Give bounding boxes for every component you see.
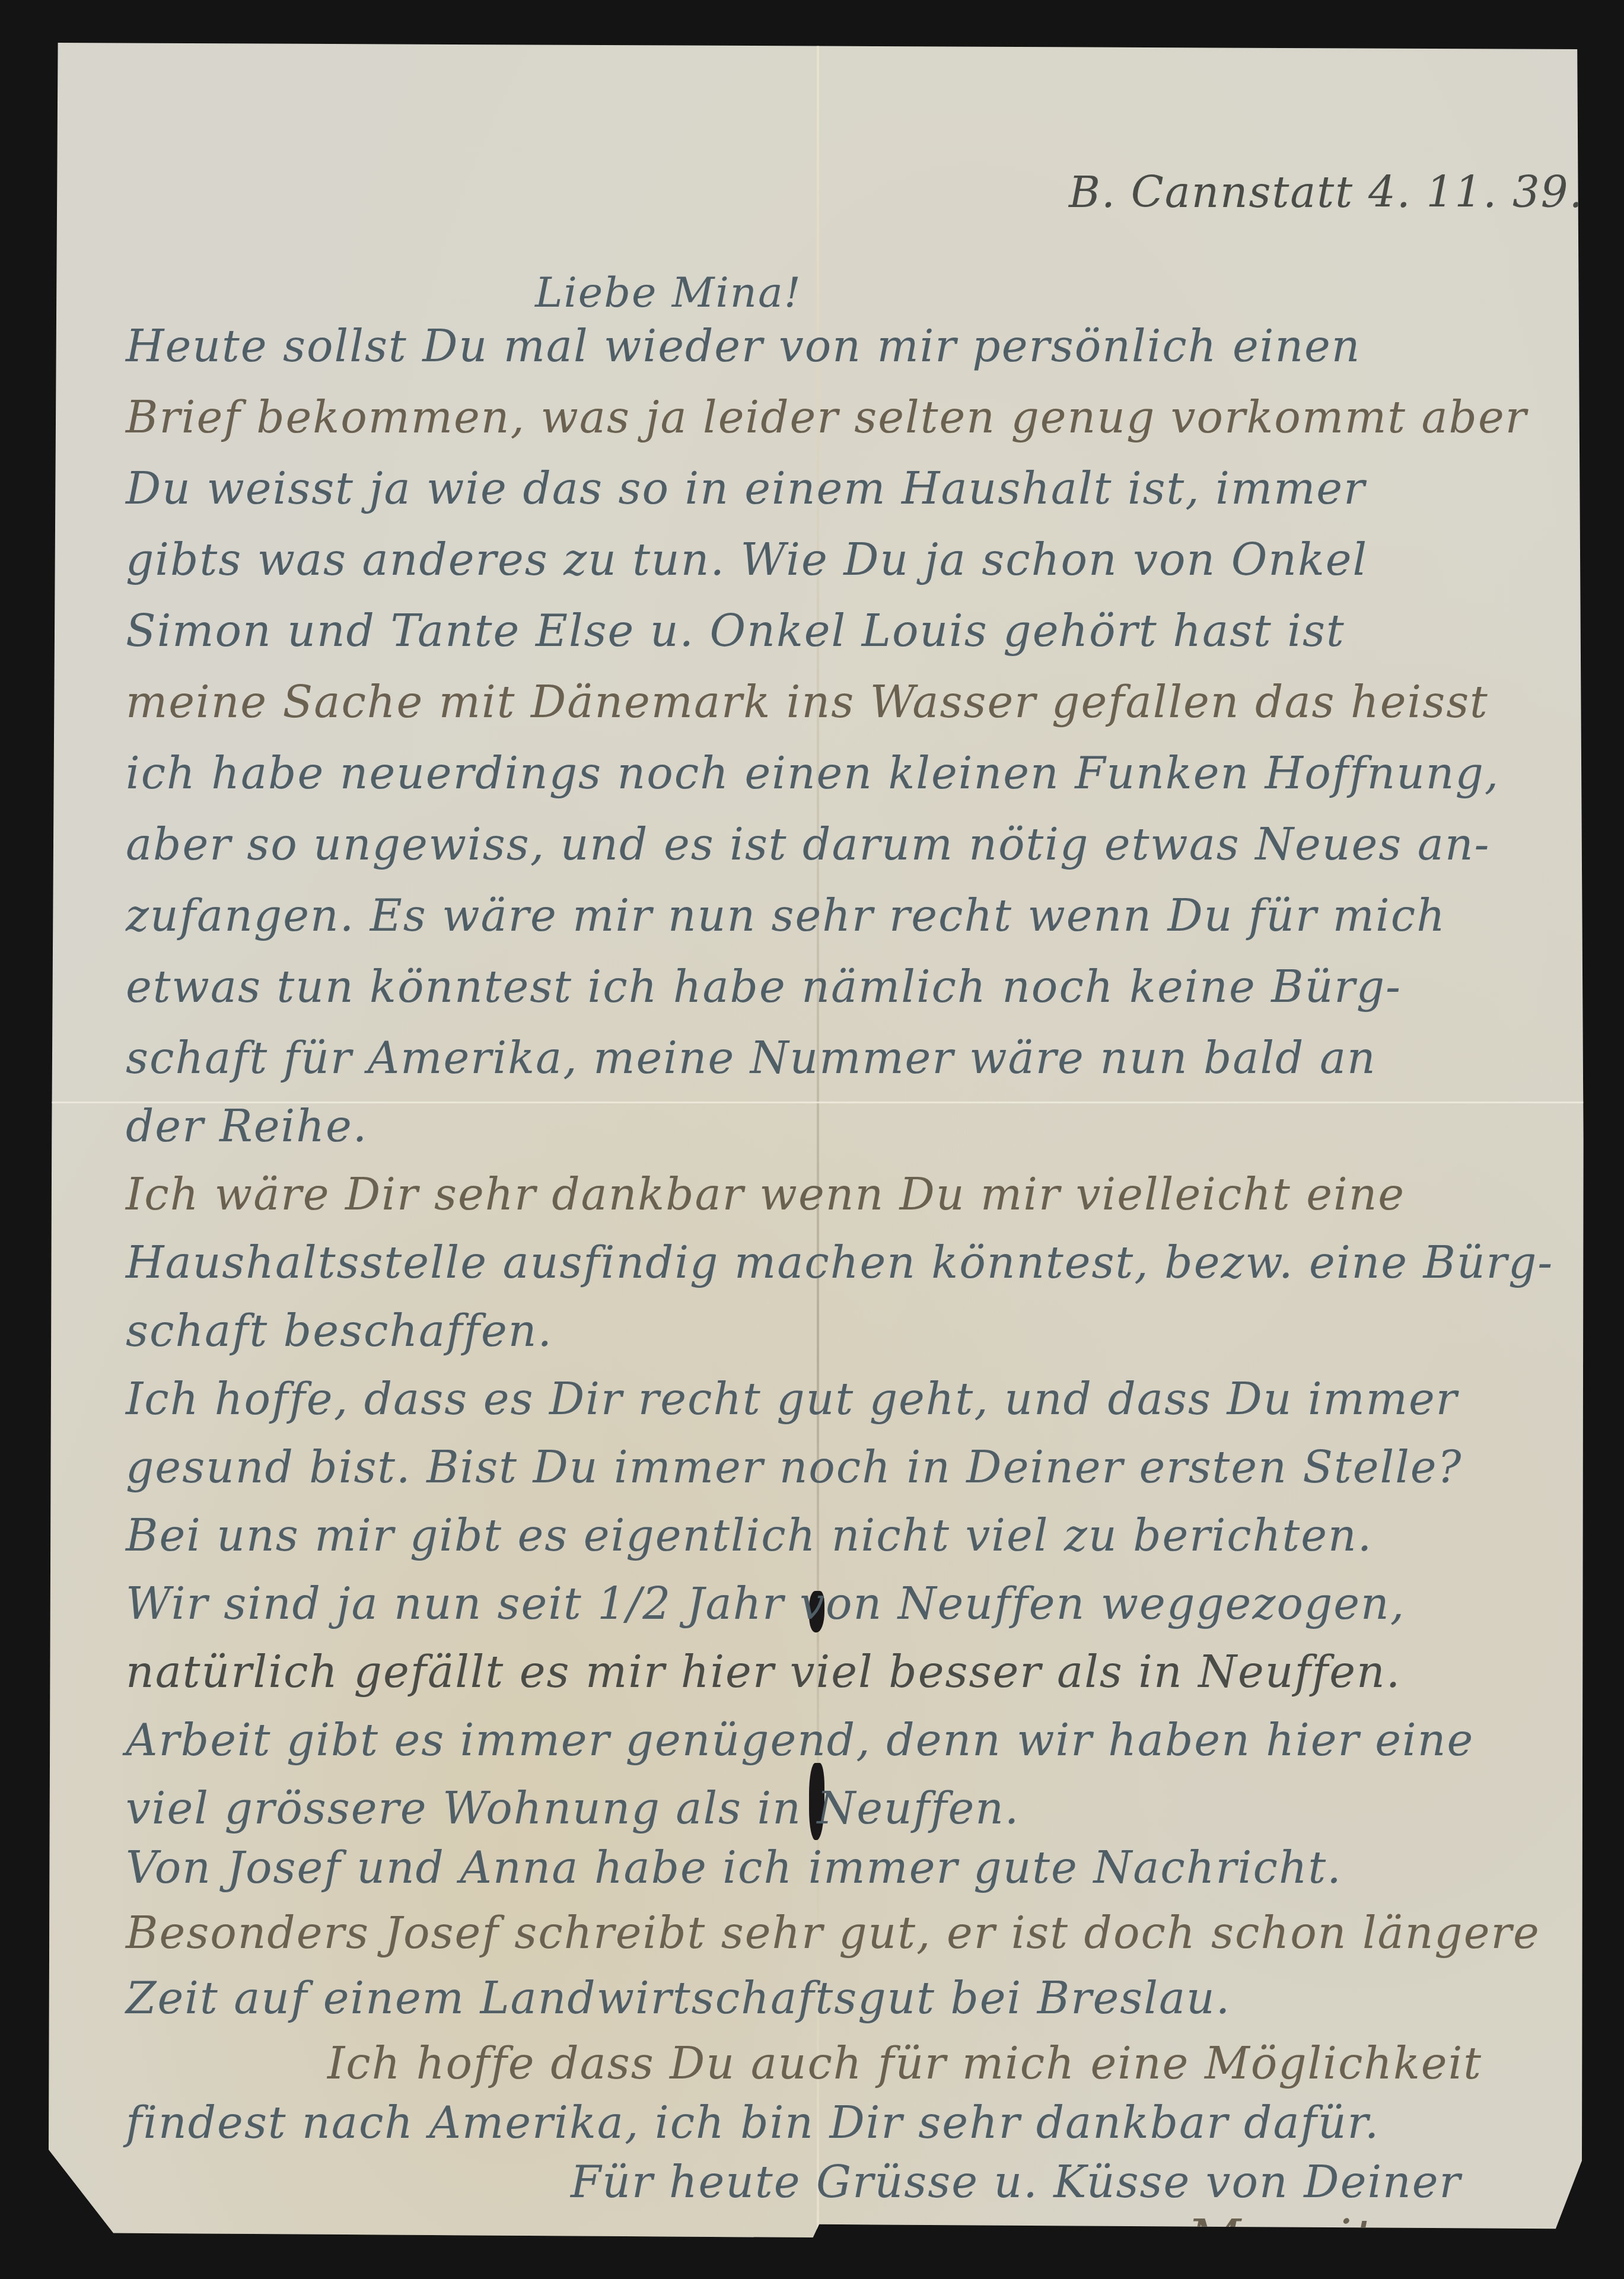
- letter-line: Ich hoffe, dass es Dir recht gut geht, u…: [126, 1377, 1458, 1421]
- letter-line: viel grössere Wohnung als in Neuffen.: [126, 1787, 1020, 1831]
- letter-line: gesund bist. Bist Du immer noch in Deine…: [126, 1446, 1462, 1489]
- letter-line: findest nach Amerika, ich bin Dir sehr d…: [126, 2101, 1380, 2145]
- letter-line: Von Josef und Anna habe ich immer gute N…: [126, 1846, 1342, 1890]
- letter-line: Du weisst ja wie das so in einem Haushal…: [126, 467, 1366, 511]
- letter-line: aber so ungewiss, und es ist darum nötig…: [126, 823, 1491, 867]
- letter-line: meine Sache mit Dänemark ins Wasser gefa…: [126, 680, 1489, 724]
- closing-line: Für heute Grüsse u. Küsse von Deiner: [571, 2160, 1461, 2204]
- letter-line: der Reihe.: [126, 1105, 368, 1148]
- letter-line: schaft für Amerika, meine Nummer wäre nu…: [126, 1036, 1377, 1080]
- letter-line: Ich hoffe dass Du auch für mich eine Mög…: [327, 2042, 1482, 2086]
- letter-line: Haushaltsstelle ausfindig machen könntes…: [126, 1241, 1553, 1285]
- letter-line: ich habe neuerdings noch einen kleinen F…: [126, 752, 1499, 795]
- letter-line: natürlich gefällt es mir hier viel besse…: [126, 1650, 1401, 1694]
- letter-line: Besonders Josef schreibt sehr gut, er is…: [126, 1911, 1540, 1955]
- letter-line: Arbeit gibt es immer genügend, denn wir …: [126, 1718, 1474, 1762]
- place-and-date: B. Cannstatt 4. 11. 39.: [1069, 167, 1584, 217]
- letter-line: Zeit auf einem Landwirtschaftsgut bei Br…: [126, 1976, 1231, 2020]
- letter-line: Brief bekommen, was ja leider selten gen…: [126, 396, 1527, 440]
- letter-line: Simon und Tante Else u. Onkel Louis gehö…: [126, 609, 1345, 653]
- letter-line: etwas tun könntest ich habe nämlich noch…: [126, 965, 1402, 1009]
- letter-paper: B. Cannstatt 4. 11. 39. Liebe Mina! Heut…: [49, 43, 1590, 2237]
- letter-line: Bei uns mir gibt es eigentlich nicht vie…: [126, 1514, 1373, 1558]
- salutation: Liebe Mina!: [535, 268, 802, 317]
- letter-line: Heute sollst Du mal wieder von mir persö…: [126, 324, 1361, 368]
- letter-line: zufangen. Es wäre mir nun sehr recht wen…: [126, 894, 1446, 938]
- letter-line: Wir sind ja nun seit 1/2 Jahr von Neuffe…: [126, 1582, 1405, 1626]
- letter-line: Ich wäre Dir sehr dankbar wenn Du mir vi…: [126, 1173, 1405, 1217]
- letter-line: gibts was anderes zu tun. Wie Du ja scho…: [126, 538, 1368, 582]
- letter-line: schaft beschaffen.: [126, 1309, 553, 1353]
